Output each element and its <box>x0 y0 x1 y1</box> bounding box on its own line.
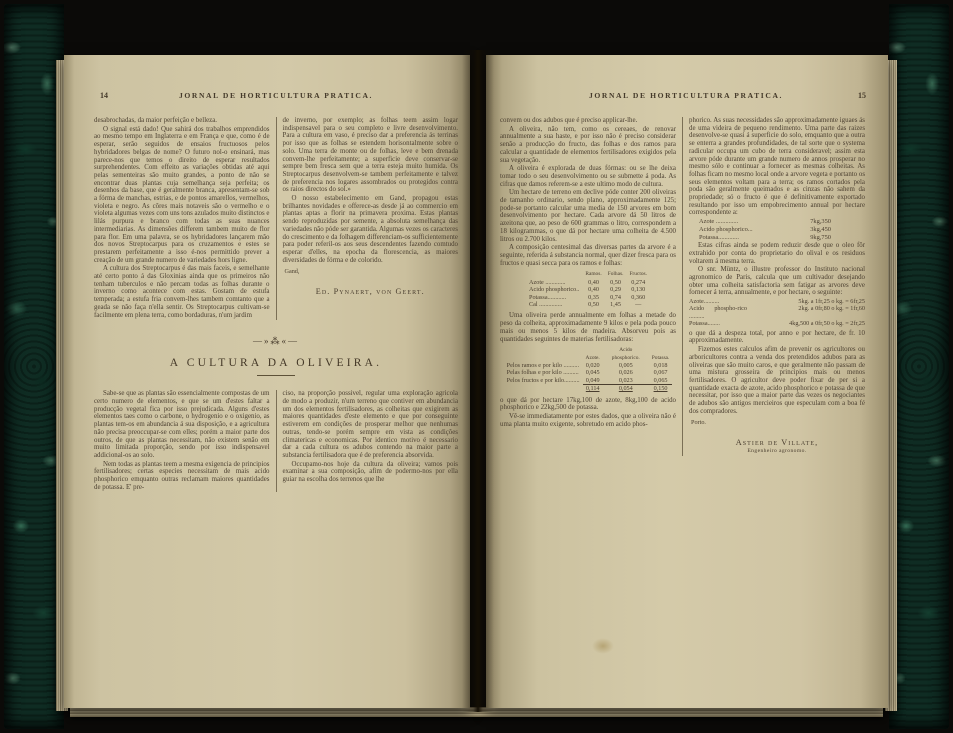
cell: 0,130 <box>626 286 650 293</box>
list-item: Potassa........ 4kg,500 a 0fr,50 o kg. =… <box>689 320 865 327</box>
total-cell: 0,054 <box>603 385 649 393</box>
paragraph: O snr. Müntz, o illustre professor do In… <box>689 266 865 297</box>
paragraph: de inverno, por exemplo; as folhas teem … <box>283 117 459 194</box>
page-number-left: 14 <box>100 91 108 100</box>
running-head-right: JORNAL DE HORTICULTURA PRATICA. <box>500 91 872 100</box>
cell: 0,35 <box>582 294 604 301</box>
list-label: Potassa........ <box>689 320 747 327</box>
cell: 0,065 <box>649 377 673 385</box>
page-number-right: 15 <box>858 91 866 100</box>
author-title: Engenheiro agronomo. <box>689 448 865 456</box>
table-row: Pelas folhas e por kilo .......... 0,045… <box>504 369 673 376</box>
column-header: Fructos. <box>626 271 650 278</box>
cell: 0,29 <box>605 286 627 293</box>
column-header: Potassa. <box>649 347 673 362</box>
table-header-row: Azote. Acido phosphorico. Potassa. <box>504 347 673 362</box>
cost-list: Azote.......... 5kg. a 1fr,25 o kg. = 6f… <box>689 298 865 328</box>
cell: 0,049 <box>583 377 603 385</box>
total-cell: 0,114 <box>583 385 603 393</box>
right-page-column-2: phorico. As suas necessidades são approx… <box>689 117 865 456</box>
paragraph: Sabe-se que as plantas são essencialment… <box>94 390 270 459</box>
page-left: 14 JORNAL DE HORTICULTURA PRATICA. desab… <box>64 55 470 708</box>
table-total-row: 0,114 0,054 0,150 <box>504 385 673 393</box>
row-label: Acido phosphorico.. <box>526 286 582 293</box>
row-label: Azote ............. <box>526 279 582 286</box>
page-stack-edge-bottom <box>70 707 883 717</box>
column-header: Acido phosphorico. <box>603 347 649 362</box>
author-signature-pynaert: Ed. Pynaert, von Geert. <box>283 288 459 296</box>
left-page-column-3: Sabe-se que as plantas são essencialment… <box>94 390 270 492</box>
cell: 1,45 <box>605 301 627 308</box>
table-row: Potassa............ 0,35 0,74 0,360 <box>526 294 650 301</box>
column-divider-rule <box>682 117 683 456</box>
right-page-header: JORNAL DE HORTICULTURA PRATICA. 15 <box>500 91 872 107</box>
cell: 0,40 <box>582 279 604 286</box>
paragraph: o que dá a despeza total, por anno e por… <box>689 330 865 345</box>
column-header: Ramos. <box>582 271 604 278</box>
cell: 0,50 <box>605 279 627 286</box>
list-item: Azote.......... 5kg. a 1fr,25 o kg. = 6f… <box>689 298 865 305</box>
row-label: Potassa............ <box>526 294 582 301</box>
left-page-top-columns: desabrochadas, da maior perfeição e bell… <box>94 117 458 320</box>
cell: 0,020 <box>583 362 603 369</box>
list-value: 4kg,500 a 0fr,50 o kg. = 2fr,25 <box>747 320 865 327</box>
cell: 0,50 <box>582 301 604 308</box>
paragraph: A cultura dos Streptocarpus é das mais f… <box>94 265 270 319</box>
list-item: Azote .............. 7kg,350 <box>689 218 865 226</box>
dateline-porto: Porto. <box>689 419 865 427</box>
cell: 0,023 <box>603 377 649 385</box>
cell: 0,74 <box>605 294 627 301</box>
list-label: Acido phospho-rico .......... <box>689 305 747 320</box>
paragraph: desabrochadas, da maior perfeição e bell… <box>94 117 270 125</box>
column-divider-rule <box>276 117 277 320</box>
list-value: 9kg,750 <box>810 234 865 242</box>
row-label: Pelos fructos e por kilo.......... <box>504 377 583 385</box>
paragraph: Uma oliveira perde annualmente em folhas… <box>500 312 676 343</box>
cell: 0,005 <box>603 362 649 369</box>
total-cell: 0,150 <box>649 385 673 393</box>
paragraph: Um hectare de terreno em declive póde co… <box>500 189 676 243</box>
list-item: Potassa............. 9kg,750 <box>689 234 865 242</box>
cell: 0,045 <box>583 369 603 376</box>
paragraph: phorico. As suas necessidades são approx… <box>689 117 865 217</box>
book-cover-left <box>4 4 64 729</box>
left-page-header: 14 JORNAL DE HORTICULTURA PRATICA. <box>94 91 458 107</box>
composition-table: Ramos. Folhas. Fructos. Azote ..........… <box>526 271 650 308</box>
left-page-column-2: de inverno, por exemplo; as folhas teem … <box>283 117 459 320</box>
table-row: Acido phosphorico.. 0,40 0,29 0,130 <box>526 286 650 293</box>
list-label: Potassa............. <box>699 234 739 242</box>
list-value: 5kg. a 1fr,25 o kg. = 6fr,25 <box>747 298 865 305</box>
list-label: Azote.......... <box>689 298 747 305</box>
book-cover-right <box>889 4 949 729</box>
paragraph: Nem todas as plantas teem a mesma exigen… <box>94 461 270 492</box>
list-value: 2kg. a 0fr,80 o kg. = 1fr,60 <box>747 305 865 320</box>
cell: — <box>626 301 650 308</box>
table-header-row: Ramos. Folhas. Fructos. <box>526 271 650 278</box>
running-head-left: JORNAL DE HORTICULTURA PRATICA. <box>94 91 458 100</box>
paragraph: O signal está dado! Que sahirá dos traba… <box>94 126 270 265</box>
page-right: JORNAL DE HORTICULTURA PRATICA. 15 conve… <box>486 55 888 708</box>
paragraph: A oliveira é explorada de duas fórmas: o… <box>500 165 676 188</box>
paragraph: Occupamo-nos hoje da cultura da oliveira… <box>283 461 459 484</box>
list-item: Acido phospho-rico .......... 2kg. a 0fr… <box>689 305 865 320</box>
paragraph: Estas cifras ainda se podem reduzir desd… <box>689 242 865 265</box>
left-page-column-1: desabrochadas, da maior perfeição e bell… <box>94 117 270 320</box>
paragraph: A oliveira, não tem, como os cereaes, de… <box>500 126 676 165</box>
table-row: Cal ............... 0,50 1,45 — <box>526 301 650 308</box>
paragraph: Vê-se immediatamente por estes dados, qu… <box>500 413 676 428</box>
row-label: Cal ............... <box>526 301 582 308</box>
article-title: A CULTURA DA OLIVEIRA. <box>94 357 458 369</box>
left-page-column-4: ciso, na proporção possivel, regular uma… <box>283 390 459 492</box>
list-item: Acido phosphorico... 3kg,450 <box>689 226 865 234</box>
author-signature-villate: Astier de Villate, <box>689 439 865 447</box>
list-label: Azote .............. <box>699 218 738 226</box>
list-value: 3kg,450 <box>810 226 865 234</box>
right-page-column-1: convem ou dos adubos que é preciso appli… <box>500 117 676 456</box>
paragraph: convem ou dos adubos que é preciso appli… <box>500 117 676 125</box>
cell: 0,018 <box>649 362 673 369</box>
title-rule <box>257 375 295 376</box>
row-label: Pelos ramos e por kilo .......... <box>504 362 583 369</box>
table-row: Pelos fructos e por kilo.......... 0,049… <box>504 377 673 385</box>
paragraph: Fizemos estes calculos afim de prevenir … <box>689 346 865 415</box>
list-value: 7kg,350 <box>810 218 865 226</box>
paragraph: O nosso estabelecimento em Gand, propago… <box>283 195 459 264</box>
loss-list: Azote .............. 7kg,350 Acido phosp… <box>689 218 865 242</box>
cell: 0,274 <box>626 279 650 286</box>
column-header: Folhas. <box>605 271 627 278</box>
cell: 0,360 <box>626 294 650 301</box>
ornament-divider: —»⁂«— <box>94 336 458 347</box>
table-row: Pelos ramos e por kilo .......... 0,020 … <box>504 362 673 369</box>
table-row: Azote ............. 0,40 0,50 0,274 <box>526 279 650 286</box>
list-label: Acido phosphorico... <box>699 226 753 234</box>
absorption-table: Azote. Acido phosphorico. Potassa. Pelos… <box>504 347 673 392</box>
row-label: Pelas folhas e por kilo .......... <box>504 369 583 376</box>
column-divider-rule <box>276 390 277 492</box>
left-page-bottom-columns: Sabe-se que as plantas são essencialment… <box>94 390 458 492</box>
paragraph: ciso, na proporção possivel, regular uma… <box>283 390 459 459</box>
paragraph: A composição centesimal das diversas par… <box>500 244 676 267</box>
cell: 0,026 <box>603 369 649 376</box>
right-page-columns: convem ou dos adubos que é preciso appli… <box>500 117 872 456</box>
cell: 0,067 <box>649 369 673 376</box>
paragraph: o que dá por hectare 17kg,100 de azote, … <box>500 397 676 412</box>
column-header: Azote. <box>583 347 603 362</box>
paper-stain <box>592 638 614 654</box>
cell: 0,40 <box>582 286 604 293</box>
dateline-gand: Gand, <box>283 268 459 276</box>
